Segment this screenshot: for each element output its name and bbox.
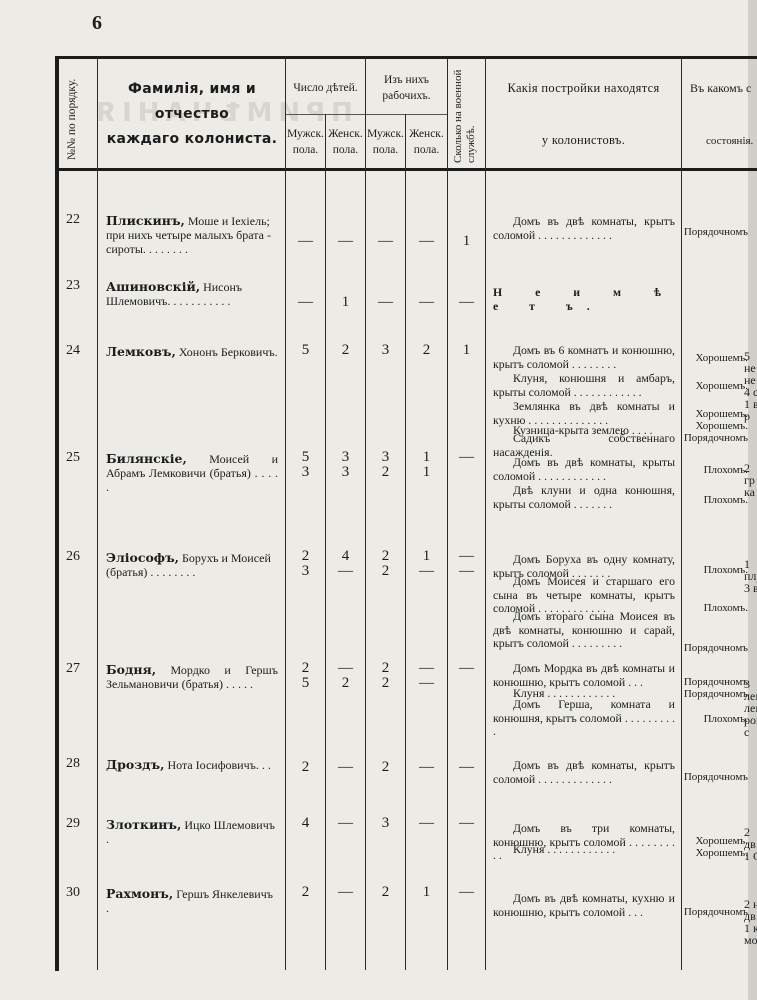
row-number: 27	[66, 661, 80, 677]
building-entry: Домъ въ двѣ комнаты, кухню и конюшню, кр…	[493, 892, 675, 919]
children-m-value: 5 3	[286, 450, 325, 480]
overflow-fragment: 1 С	[744, 850, 757, 862]
building-entry: Домъ втораго сына Моисея въ двѣ комнаты,…	[493, 610, 675, 651]
row-number: 24	[66, 343, 80, 359]
children-f-value: —	[326, 234, 365, 249]
military-value: —	[448, 885, 485, 900]
condition-value: Плохомъ.	[682, 564, 748, 576]
row-number: 23	[66, 278, 80, 294]
children-f-value: —	[326, 816, 365, 831]
workers-f-value: 1	[406, 885, 447, 900]
overflow-fragment: ка	[744, 486, 755, 498]
workers-f-value: 2	[406, 343, 447, 358]
condition-value: Плохомъ.	[682, 713, 748, 725]
condition-value: Порядочномъ	[682, 642, 748, 654]
header-buildings: Какія постройки находятся у колонистовъ.	[486, 62, 681, 166]
building-entry: Домъ Мордка въ двѣ комнаты и конюшню, кр…	[493, 662, 675, 689]
military-value: —	[448, 661, 485, 676]
overflow-fragment: с	[744, 726, 749, 738]
row-number: 22	[66, 212, 80, 228]
header-workers-male: Мужск.пола.	[366, 116, 405, 168]
header-name-line1: Фамилія, имя и отчество	[99, 77, 285, 127]
children-f-value: 4 —	[326, 549, 365, 579]
workers-f-value: — —	[406, 661, 447, 691]
condition-value: Хорошемъ.	[682, 352, 748, 364]
building-entry: Домъ въ двѣ комнаты, крытъ соломой . . .…	[493, 759, 675, 786]
col-line-military	[447, 58, 448, 970]
header-order: №№ по порядку.	[66, 79, 78, 160]
building-entry: Домъ Герша, комната и конюшня, крытъ сол…	[493, 698, 675, 739]
header-workers-group: Изъ нихъ рабочихъ.	[366, 62, 447, 114]
colonist-name: Рахмонъ, Гершъ Янкелевичъ .	[106, 887, 278, 915]
surname: Плискинъ,	[106, 213, 185, 228]
condition-value: Порядочномъ	[682, 688, 748, 700]
colonist-name: Ашиновскій, Нисонъ Шлемовичъ. . . . . . …	[106, 280, 278, 308]
overflow-fragment: морт	[744, 934, 757, 946]
table-left-border	[55, 56, 59, 971]
military-value: —	[448, 295, 485, 310]
colonist-name: Дроздъ, Нота Іосифовичъ. . .	[106, 758, 278, 772]
workers-f-value: 1 1	[406, 450, 447, 480]
row-number: 25	[66, 450, 80, 466]
surname: Лемковъ,	[106, 344, 176, 359]
children-m-value: 5	[286, 343, 325, 358]
header-children-male: Мужск.пола.	[286, 116, 325, 168]
surname: Злоткинъ,	[106, 817, 181, 832]
col-line-name	[285, 58, 286, 970]
header-military-line2: службѣ.	[465, 125, 477, 163]
header-name-line2: каждаго колониста.	[107, 127, 278, 152]
surname: Эліософъ,	[106, 550, 179, 565]
row-number: 29	[66, 816, 80, 832]
military-value: —	[448, 450, 485, 465]
workers-f-value: 1 —	[406, 549, 447, 579]
row-number: 28	[66, 756, 80, 772]
condition-value: Порядочномъ	[682, 906, 748, 918]
military-value: —	[448, 816, 485, 831]
building-entry: Клуня . . . . . . . . . . . .	[493, 843, 675, 857]
row-number: 30	[66, 885, 80, 901]
children-m-value: 2	[286, 760, 325, 775]
surname: Бодня,	[106, 662, 156, 677]
condition-value: Порядочномъ	[682, 771, 748, 783]
condition-value: Хорошемъ.	[682, 408, 748, 420]
workers-f-value: —	[406, 295, 447, 310]
condition-value: Хорошемъ.	[682, 380, 748, 392]
children-m-value: —	[286, 295, 325, 310]
table-top-border	[55, 56, 757, 59]
workers-m-value: 2 2	[366, 661, 405, 691]
building-entry: Двѣ клуни и одна конюшня, крыты соломой …	[493, 484, 675, 511]
condition-value: Плохомъ.	[682, 602, 748, 614]
given-names: Нота Іосифовичъ. . .	[167, 758, 270, 772]
children-f-value: —	[326, 885, 365, 900]
workers-m-value: 3 2	[366, 450, 405, 480]
children-f-value: 3 3	[326, 450, 365, 480]
workers-m-value: 2 2	[366, 549, 405, 579]
surname: Дроздъ,	[106, 757, 164, 772]
military-value: — —	[448, 549, 485, 579]
military-value: 1	[448, 234, 485, 249]
workers-m-value: —	[366, 234, 405, 249]
surname: Рахмонъ,	[106, 886, 173, 901]
condition-value: Хорошемъ.	[682, 420, 748, 432]
header-workers-female: Женск.пола.	[406, 116, 447, 168]
row-number: 26	[66, 549, 80, 565]
col-line-workers	[365, 58, 366, 970]
condition-value: Хорошемъ.	[682, 835, 748, 847]
military-value: 1	[448, 343, 485, 358]
header-military-line1: Сколько на военной	[452, 70, 464, 163]
col-line-buildings	[485, 58, 486, 970]
colonist-name: Злоткинъ, Ицко Шлемовичъ .	[106, 818, 278, 846]
col-line-order	[97, 58, 98, 970]
workers-f-value: —	[406, 816, 447, 831]
workers-f-value: —	[406, 234, 447, 249]
workers-m-value: 3	[366, 816, 405, 831]
condition-value: Плохомъ.	[682, 464, 748, 476]
workers-m-value: —	[366, 295, 405, 310]
colonist-name: Плискинъ, Моше и Іехіель; при нихъ четыр…	[106, 214, 278, 256]
children-m-value: 2	[286, 885, 325, 900]
workers-m-value: 3	[366, 343, 405, 358]
colonist-name: Билянскіе, Моисей и Абрамъ Лемковичи (бр…	[106, 452, 278, 494]
header-children-group: Число дѣтей.	[286, 62, 365, 114]
header-condition: Въ какомъ с состоянія.	[682, 62, 757, 166]
condition-value: Плохомъ.	[682, 494, 748, 506]
children-m-value: 4	[286, 816, 325, 831]
children-f-value: 1	[326, 295, 365, 310]
header-children-female: Женск.пола.	[326, 116, 365, 168]
overflow-fragment: р	[744, 410, 750, 422]
workers-m-value: 2	[366, 885, 405, 900]
children-m-value: —	[286, 234, 325, 249]
children-m-value: 2 5	[286, 661, 325, 691]
colonist-name: Бодня, Мордко и Гершъ Зельмановичи (брат…	[106, 663, 278, 691]
condition-value: Хорошемъ.	[682, 847, 748, 859]
surname: Ашиновскій,	[106, 279, 200, 294]
page-number: 6	[92, 12, 102, 35]
colonist-name: Эліософъ, Борухъ и Моисей (братья) . . .…	[106, 551, 278, 579]
condition-value: Порядочномъ	[682, 226, 748, 238]
military-value: —	[448, 760, 485, 775]
overflow-fragment: 3 в	[744, 582, 757, 594]
colonist-name: Лемковъ, Хононъ Берковичъ.	[106, 345, 278, 359]
workers-f-value: —	[406, 760, 447, 775]
building-entry: Домъ въ двѣ комнаты, крыты соломой . . .…	[493, 456, 675, 483]
building-entry: Н е и м ѣ е т ъ.	[493, 286, 675, 313]
building-entry: Клуня, конюшня и амбаръ, крыты соломой .…	[493, 372, 675, 399]
given-names: Хононъ Берковичъ.	[179, 345, 278, 359]
condition-value: Порядочномъ	[682, 432, 748, 444]
header-name: Фамилія, имя и отчество каждаго колонист…	[99, 62, 285, 166]
workers-m-value: 2	[366, 760, 405, 775]
children-f-value: — 2	[326, 661, 365, 691]
children-f-value: 2	[326, 343, 365, 358]
building-entry: Домъ въ двѣ комнаты, крытъ соломой . . .…	[493, 215, 675, 242]
condition-value: Порядочномъ	[682, 676, 748, 688]
col-line-condition	[681, 58, 682, 970]
children-m-value: 2 3	[286, 549, 325, 579]
surname: Билянскіе,	[106, 451, 187, 466]
children-f-value: —	[326, 760, 365, 775]
building-entry: Домъ въ 6 комнатъ и конюшню, крытъ солом…	[493, 344, 675, 371]
